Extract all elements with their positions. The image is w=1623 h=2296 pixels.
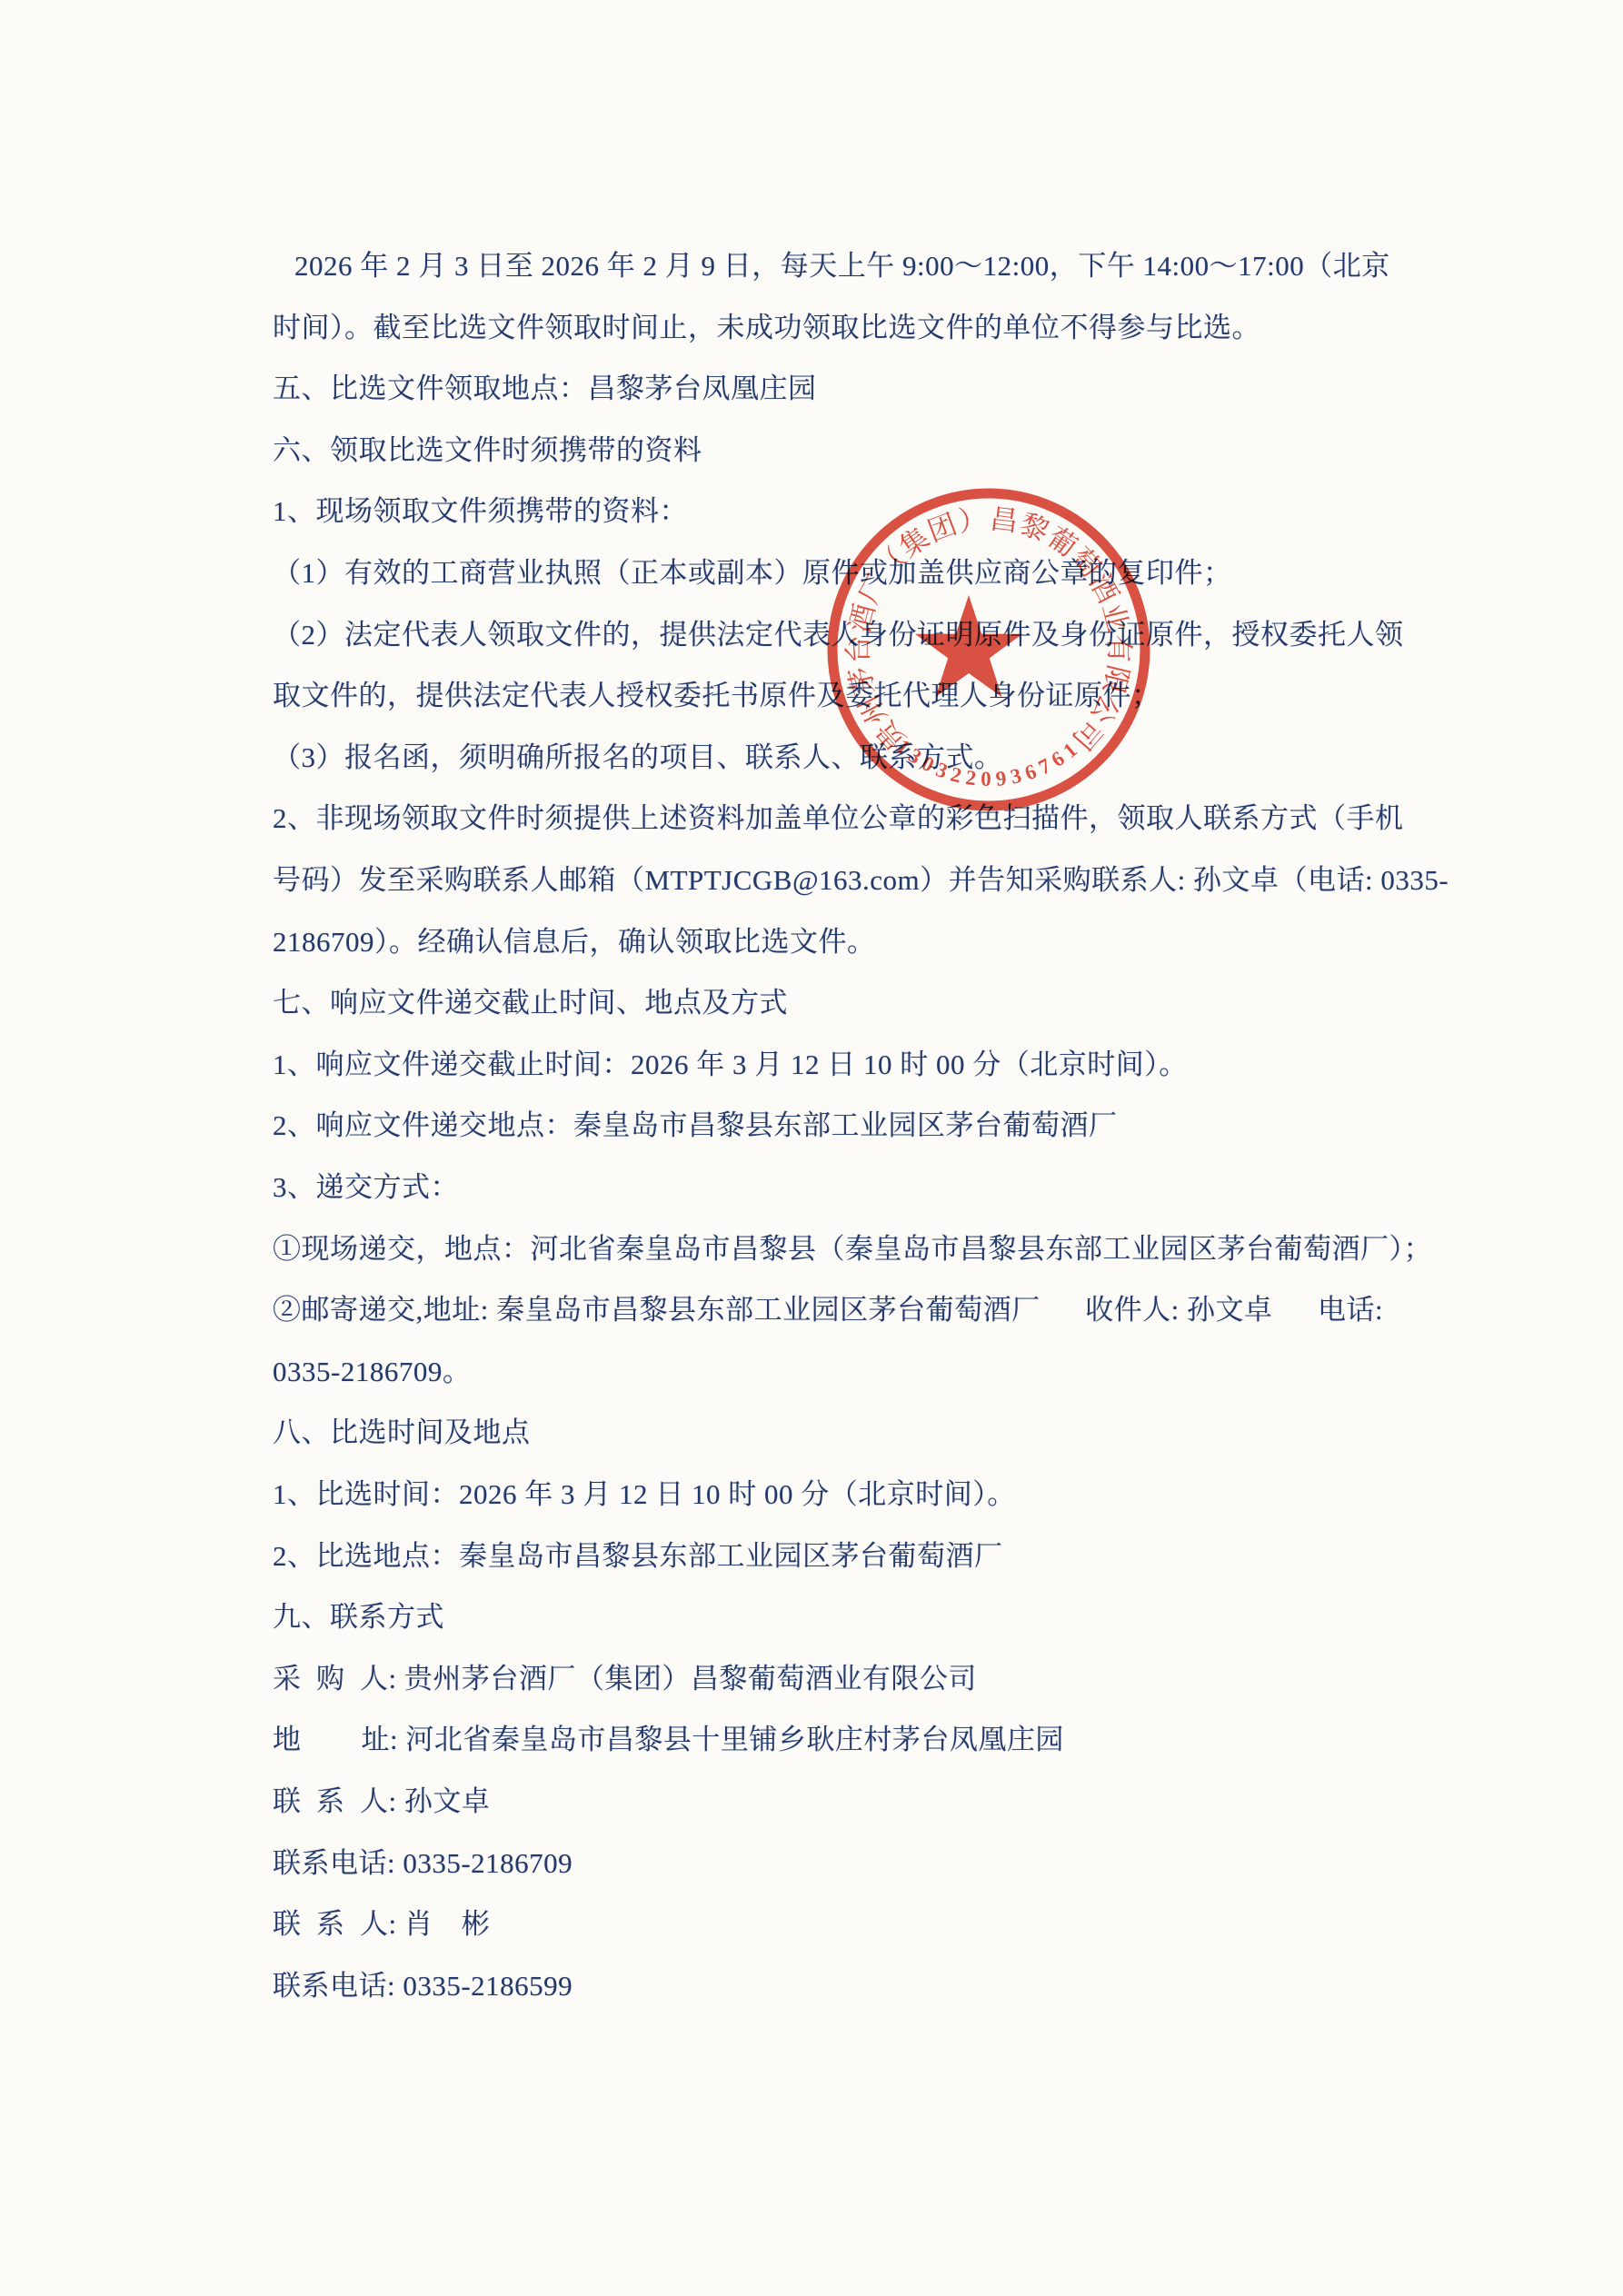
text-line: 八、比选时间及地点 [273,1415,531,1451]
text-line: 号码）发至采购联系人邮箱（MTPTJCGB@163.com）并告知采购联系人: … [273,862,1449,899]
text-line: 九、联系方式 [273,1599,444,1635]
svg-text:1303220936761: 1303220936761 [891,735,1085,790]
text-line: 七、响应文件递交截止时间、地点及方式 [273,985,788,1021]
text-line: 1、比选时间：2026 年 3 月 12 日 10 时 00 分（北京时间）。 [273,1476,1016,1513]
text-line: 时间）。截至比选文件领取时间止，未成功领取比选文件的单位不得参与比选。 [273,310,1260,346]
text-line: 1、现场领取文件须携带的资料： [273,493,688,530]
text-line: 2026 年 2 月 3 日至 2026 年 2 月 9 日，每天上午 9:00… [273,248,1390,284]
star-icon [915,595,1022,697]
text-line: 采 购 人: 贵州茅台酒厂（集团）昌黎葡萄酒业有限公司 [273,1661,977,1697]
text-line: 3、递交方式： [273,1169,459,1206]
text-line: 1、响应文件递交截止时间：2026 年 3 月 12 日 10 时 00 分（北… [273,1047,1188,1083]
text-line: 联系电话: 0335-2186599 [273,1968,573,2004]
seal-serial-text: 1303220936761 [891,735,1085,790]
text-line: 五、比选文件领取地点：昌黎茅台凤凰庄园 [273,371,817,407]
text-line: ①现场递交，地点：河北省秦皇岛市昌黎县（秦皇岛市昌黎县东部工业园区茅台葡萄酒厂）… [273,1231,1432,1267]
text-line: 联系电话: 0335-2186709 [273,1845,573,1882]
text-layer: 2026 年 2 月 3 日至 2026 年 2 月 9 日，每天上午 9:00… [0,0,1623,2296]
text-line: 联 系 人: 孙文卓 [273,1784,490,1820]
seal-company-text: 贵州茅台酒厂（集团）昌黎葡萄酒业有限公司 [842,502,1135,757]
text-line: 2、比选地点：秦皇岛市昌黎县东部工业园区茅台葡萄酒厂 [273,1538,1003,1575]
text-line: 联 系 人: 肖 彬 [273,1906,490,1943]
company-seal-stamp: 贵州茅台酒厂（集团）昌黎葡萄酒业有限公司 1303220936761 [807,468,1170,831]
text-line: 地 址: 河北省秦皇岛市昌黎县十里铺乡耿庄村茅台凤凰庄园 [273,1722,1064,1758]
text-line: 2186709）。经确认信息后，确认领取比选文件。 [273,924,876,960]
document-page: 2026 年 2 月 3 日至 2026 年 2 月 9 日，每天上午 9:00… [0,0,1623,2296]
text-line: 0335-2186709。 [273,1354,471,1390]
text-line: 2、响应文件递交地点：秦皇岛市昌黎县东部工业园区茅台葡萄酒厂 [273,1108,1118,1144]
text-line: 六、领取比选文件时须携带的资料 [273,432,702,469]
svg-text:贵州茅台酒厂（集团）昌黎葡萄酒业有限公司: 贵州茅台酒厂（集团）昌黎葡萄酒业有限公司 [842,502,1135,757]
text-line: ②邮寄递交,地址: 秦皇岛市昌黎县东部工业园区茅台葡萄酒厂 收件人: 孙文卓 电… [273,1292,1383,1328]
